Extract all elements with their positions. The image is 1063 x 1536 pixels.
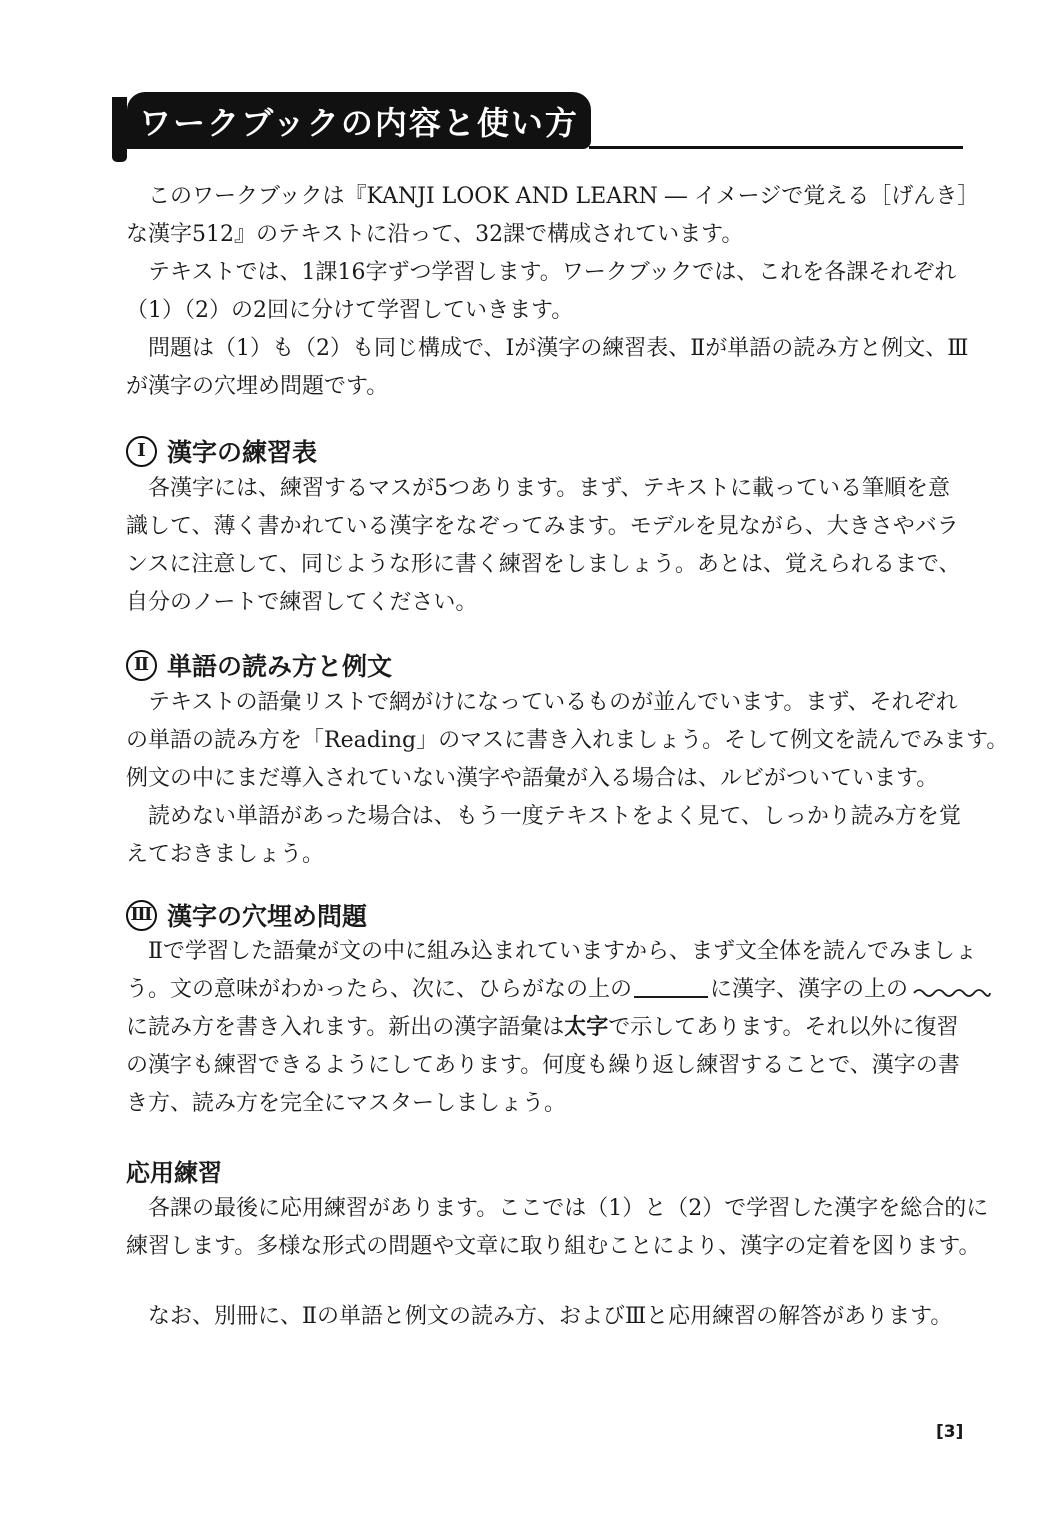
applied-practice-header: 応用練習	[126, 1153, 222, 1188]
roman-numeral-2-circle-icon: Ⅱ	[126, 650, 157, 681]
text-line: な漢字512』のテキストに沿って、32課で構成されています。	[126, 216, 971, 254]
text-line: が漢字の穴埋め問題です。	[126, 368, 971, 406]
section-3-title: 漢字の穴埋め問題	[167, 897, 367, 933]
fill-in-blank-line	[634, 992, 708, 998]
applied-practice-body: 各課の最後に応用練習があります。ここでは（1）と（2）で学習した漢字を総合的に練…	[126, 1190, 971, 1266]
text-line: （1）（2）の2回に分けて学習していきます。	[126, 292, 971, 330]
text-line: 各漢字には、練習するマスが5つあります。まず、テキストに載っている筆順を意	[126, 470, 971, 508]
intro-paragraphs: このワークブックは『KANJI LOOK AND LEARN ― イメージで覚え…	[126, 178, 971, 406]
section-1-body: 各漢字には、練習するマスが5つあります。まず、テキストに載っている筆順を意識して…	[126, 470, 971, 622]
closing-note: なお、別冊に、Ⅱの単語と例文の読み方、およびⅢと応用練習の解答があります。	[126, 1298, 971, 1336]
text-line: ンスに注意して、同じような形に書く練習をしましょう。あとは、覚えられるまで、	[126, 546, 971, 584]
text-line: テキストの語彙リストで網がけになっているものが並んでいます。まず、それぞれ	[126, 684, 971, 722]
text-line: き方、読み方を完全にマスターしましょう。	[126, 1085, 971, 1123]
roman-numeral-3: Ⅲ	[131, 906, 153, 924]
roman-numeral-1-circle-icon: Ⅰ	[126, 436, 157, 467]
roman-numeral-2: Ⅱ	[134, 656, 149, 674]
roman-numeral-1: Ⅰ	[137, 442, 145, 460]
title-rule-line	[589, 146, 963, 149]
text-line: えておきましょう。	[126, 836, 971, 874]
document-page: ワークブックの内容と使い方 このワークブックは『KANJI LOOK AND L…	[0, 0, 1063, 1536]
text-line: 問題は（1）も（2）も同じ構成で、Ⅰが漢字の練習表、Ⅱが単語の読み方と例文、Ⅲ	[126, 330, 971, 368]
section-1-header: Ⅰ 漢字の練習表	[126, 434, 317, 468]
title-tab-bar	[112, 97, 127, 162]
text-line: 各課の最後に応用練習があります。ここでは（1）と（2）で学習した漢字を総合的に	[126, 1190, 971, 1228]
page-title: ワークブックの内容と使い方	[139, 98, 579, 144]
text-line: テキストでは、1課16字ずつ学習します。ワークブックでは、これを各課それぞれ	[126, 254, 971, 292]
wavy-line	[912, 972, 992, 1010]
section-1-title: 漢字の練習表	[167, 433, 317, 469]
section-3-body: Ⅱで学習した語彙が文の中に組み込まれていますから、まず文全体を読んでみましょう。…	[126, 933, 971, 1123]
roman-numeral-3-circle-icon: Ⅲ	[126, 900, 157, 931]
page-title-banner: ワークブックの内容と使い方	[127, 92, 591, 149]
text-line: なお、別冊に、Ⅱの単語と例文の読み方、およびⅢと応用練習の解答があります。	[126, 1298, 971, 1336]
text-line: う。文の意味がわかったら、次に、ひらがなの上のに漢字、漢字の上の	[126, 971, 971, 1009]
page-number: [3]	[936, 1422, 963, 1442]
text-line: 読めない単語があった場合は、もう一度テキストをよく見て、しっかり読み方を覚	[126, 798, 971, 836]
text-line: 自分のノートで練習してください。	[126, 584, 971, 622]
text-line: の漢字も練習できるようにしてあります。何度も繰り返し練習することで、漢字の書	[126, 1047, 971, 1085]
text-line: 例文の中にまだ導入されていない漢字や語彙が入る場合は、ルビがついています。	[126, 760, 971, 798]
text-line: このワークブックは『KANJI LOOK AND LEARN ― イメージで覚え…	[126, 178, 971, 216]
section-2-title: 単語の読み方と例文	[167, 647, 392, 683]
text-line: に読み方を書き入れます。新出の漢字語彙は太字で示してあります。それ以外に復習	[126, 1009, 971, 1047]
text-line: 練習します。多様な形式の問題や文章に取り組むことにより、漢字の定着を図ります。	[126, 1228, 971, 1266]
text-line: 識して、薄く書かれている漢字をなぞってみます。モデルを見ながら、大きさやバラ	[126, 508, 971, 546]
text-line: Ⅱで学習した語彙が文の中に組み込まれていますから、まず文全体を読んでみましょ	[126, 933, 971, 971]
section-2-body: テキストの語彙リストで網がけになっているものが並んでいます。まず、それぞれの単語…	[126, 684, 971, 874]
bold-text: 太字	[564, 1015, 608, 1040]
text-line: の単語の読み方を「Reading」のマスに書き入れましょう。そして例文を読んでみ…	[126, 722, 971, 760]
section-2-header: Ⅱ 単語の読み方と例文	[126, 648, 392, 682]
section-3-header: Ⅲ 漢字の穴埋め問題	[126, 898, 367, 932]
